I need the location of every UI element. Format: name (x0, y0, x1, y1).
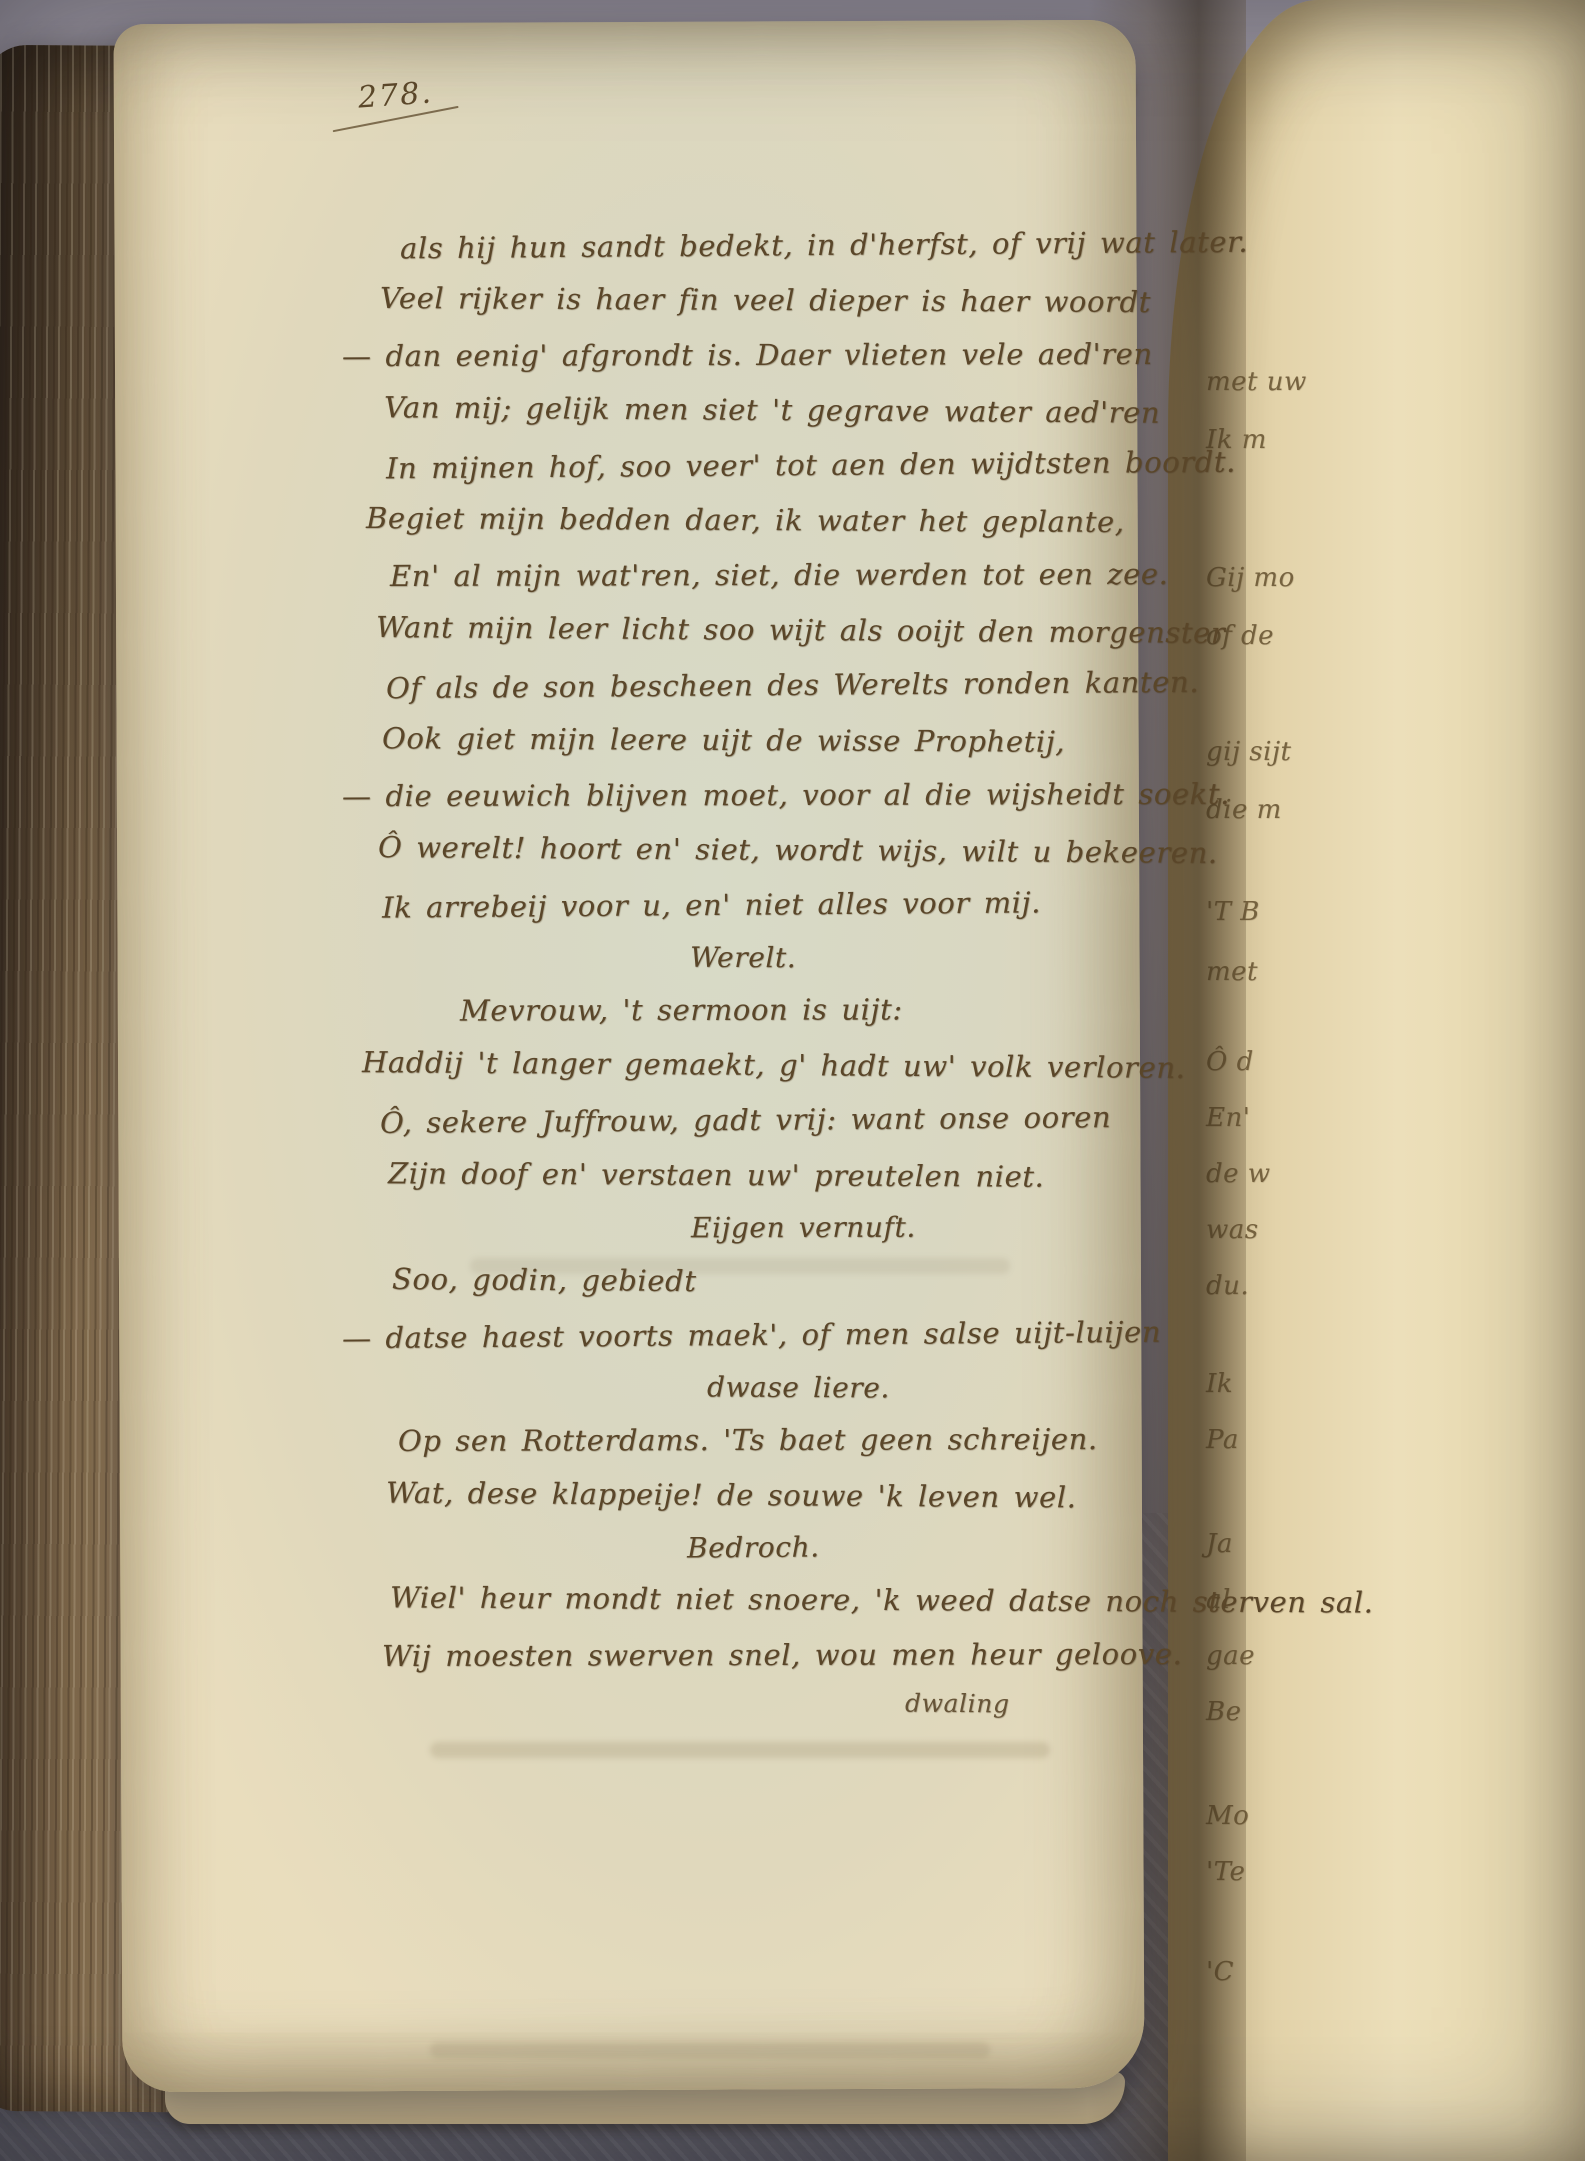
section-heading: Werelt. (372, 933, 1114, 983)
manuscript-line: Van mij; gelijk men siet 't gegrave wate… (372, 383, 1114, 438)
manuscript-line: Of als de son bescheen des Werelts ronde… (372, 658, 1114, 713)
manuscript-line: Want mijn leer licht soo wijt als ooijt … (372, 603, 1114, 658)
manuscript-line: als hij hun sandt bedekt, in d'herfst, o… (372, 218, 1114, 273)
manuscript-line: Ook giet mijn leere uijt de wisse Prophe… (372, 713, 1114, 768)
manuscript-line: Ô, sekere Juffrouw, gadt vrij: want onse… (372, 1093, 1114, 1148)
ink-show-through (430, 1742, 1050, 1758)
manuscript-line: Wij moesten swerven snel, wou men heur g… (372, 1628, 1114, 1683)
photo-of-open-book: met uwIk mGij moof degij sijtdie m'T Bme… (0, 0, 1585, 2161)
manuscript-line: — dan eenig' afgrondt is. Daer vlieten v… (372, 328, 1114, 383)
manuscript-text-block: als hij hun sandt bedekt, in d'herfst, o… (372, 218, 1114, 1725)
folio-number: 278. (357, 75, 434, 115)
manuscript-line: En' al mijn wat'ren, siet, die werden to… (372, 548, 1114, 603)
section-heading: Bedroch. (372, 1523, 1114, 1573)
manuscript-line: Wiel' heur mondt niet snoere, 'k weed da… (372, 1573, 1114, 1628)
manuscript-line: Haddij 't langer gemaekt, g' hadt uw' vo… (372, 1038, 1114, 1093)
manuscript-line: Veel rijker is haer fin veel dieper is h… (372, 273, 1114, 328)
manuscript-line: Ô werelt! hoort en' siet, wordt wijs, wi… (372, 823, 1114, 878)
manuscript-line: In mijnen hof, soo veer' tot aen den wij… (372, 438, 1114, 493)
manuscript-line: Ik arrebeij voor u, en' niet alles voor … (372, 878, 1114, 933)
manuscript-line: — datse haest voorts maek', of men salse… (372, 1308, 1114, 1363)
manuscript-line: Begiet mijn bedden daer, ik water het ge… (372, 493, 1114, 548)
section-heading: Eijgen vernuft. (372, 1203, 1114, 1253)
ink-show-through (470, 1258, 1010, 1274)
manuscript-line: Wat, dese klappeije! de souwe 'k leven w… (372, 1468, 1114, 1523)
speaker-cue: dwaling (372, 1683, 1114, 1725)
ink-show-through (430, 2042, 990, 2058)
manuscript-line: Mevrouw, 't sermoon is uijt: (372, 983, 1114, 1038)
manuscript-line: Zijn doof en' verstaen uw' preutelen nie… (372, 1148, 1114, 1203)
manuscript-line: Op sen Rotterdams. 'Ts baet geen schreij… (372, 1413, 1114, 1468)
manuscript-line: — die eeuwich blijven moet, voor al die … (372, 768, 1114, 823)
section-heading: dwase liere. (372, 1363, 1114, 1413)
